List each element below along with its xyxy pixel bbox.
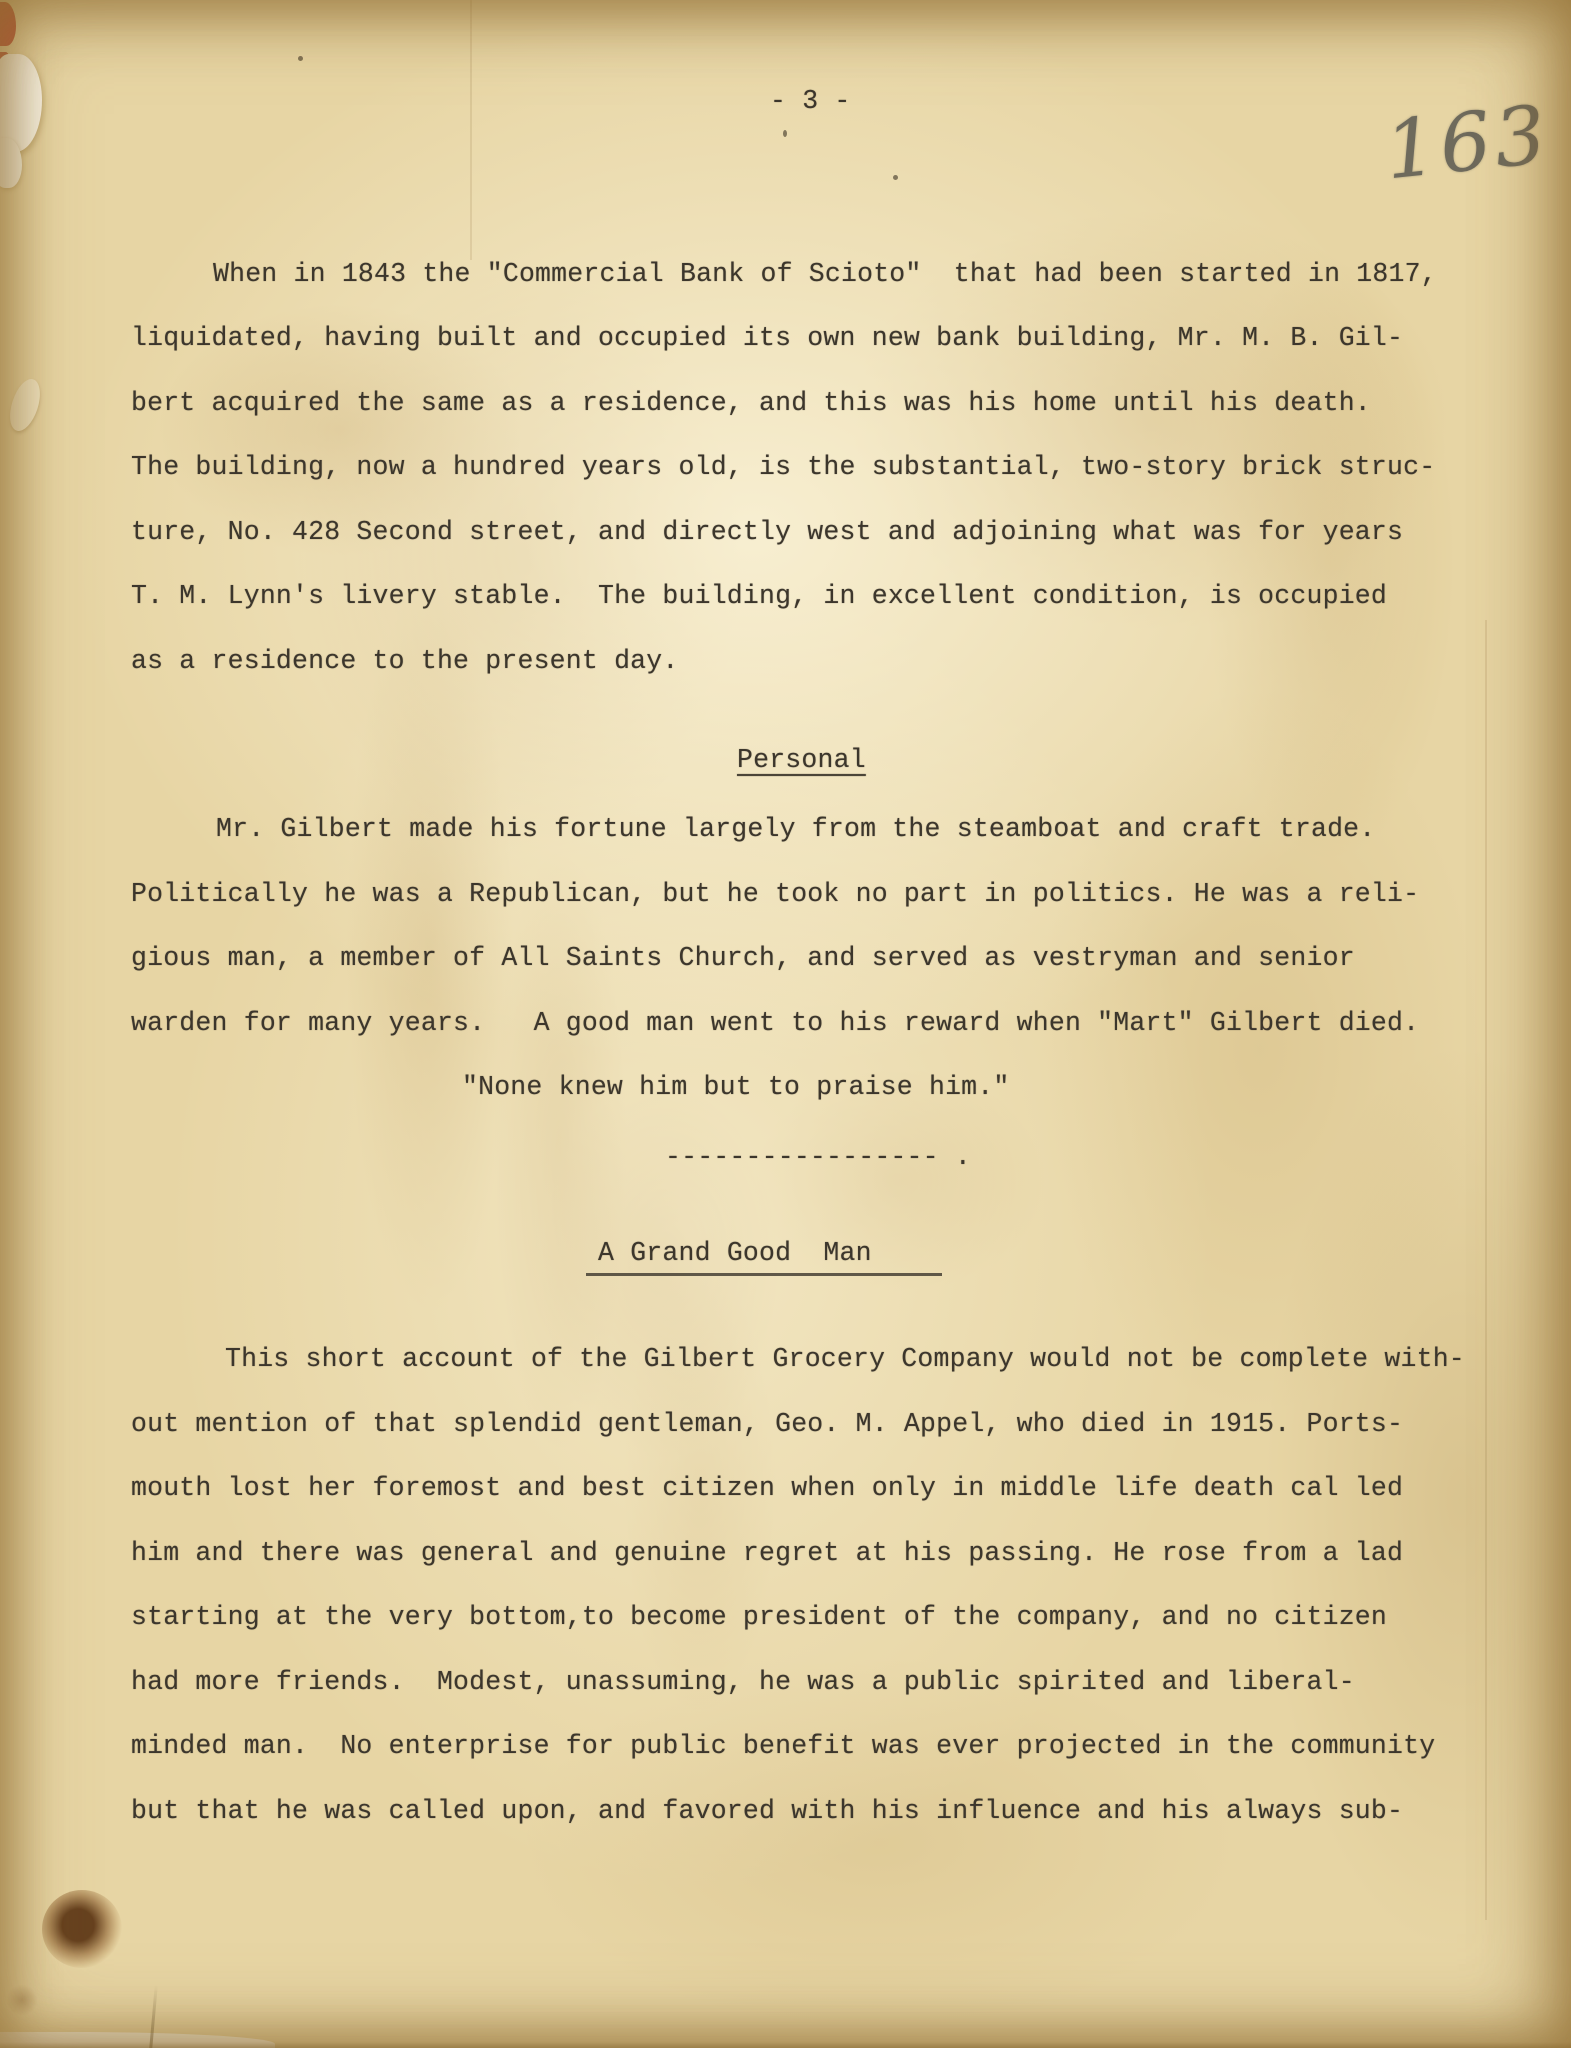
section-heading-grand-good-man: A Grand Good Man [586,1238,942,1276]
typed-line: Mr. Gilbert made his fortune largely fro… [216,814,1375,844]
brown-stain-spot [42,1890,122,1968]
faint-stain-spot [4,1984,40,2016]
typed-line: minded man. No enterprise for public ben… [131,1731,1435,1761]
red-edge-mark-top [0,2,16,46]
typed-line: had more friends. Modest, unassuming, he… [131,1667,1355,1697]
paper-fold-line [1485,620,1487,1920]
typed-line: Politically he was a Republican, but he … [131,879,1419,909]
typed-line: as a residence to the present day. [131,646,679,676]
bottom-page-edge [0,2042,1571,2048]
typed-line: warden for many years. A good man went t… [131,1008,1419,1038]
typed-line: When in 1843 the "Commercial Bank of Sci… [213,259,1437,289]
typed-line: T. M. Lynn's livery stable. The building… [131,581,1387,611]
paper-fold-line [470,0,472,260]
typed-line: ture, No. 428 Second street, and directl… [131,517,1403,547]
ink-speck [893,175,898,180]
typed-line: but that he was called upon, and favored… [131,1796,1403,1826]
paper-crease-dent [4,375,45,434]
ink-speck [298,56,303,61]
handwritten-folio-number: 163 [1381,88,1555,198]
typed-line: mouth lost her foremost and best citizen… [131,1473,1403,1503]
typed-line: him and there was general and genuine re… [131,1538,1403,1568]
ink-speck [783,130,787,137]
typed-line: gious man, a member of All Saints Church… [131,943,1355,973]
typed-line: The building, now a hundred years old, i… [131,452,1435,482]
typed-line: starting at the very bottom,to become pr… [131,1602,1387,1632]
typed-line: liquidated, having built and occupied it… [131,323,1403,353]
typed-line: This short account of the Gilbert Grocer… [225,1344,1465,1374]
scanned-typewritten-page: - 3 - 163 When in 1843 the "Commercial B… [0,0,1571,2048]
section-heading-personal: Personal [737,745,866,775]
typed-dash-separator: ----------------- . [665,1142,971,1172]
page-number: - 3 - [770,86,851,116]
typed-line: out mention of that splendid gentleman, … [131,1409,1403,1439]
typed-quote-line: "None knew him but to praise him." [462,1072,1010,1102]
typed-line: bert acquired the same as a residence, a… [131,388,1371,418]
